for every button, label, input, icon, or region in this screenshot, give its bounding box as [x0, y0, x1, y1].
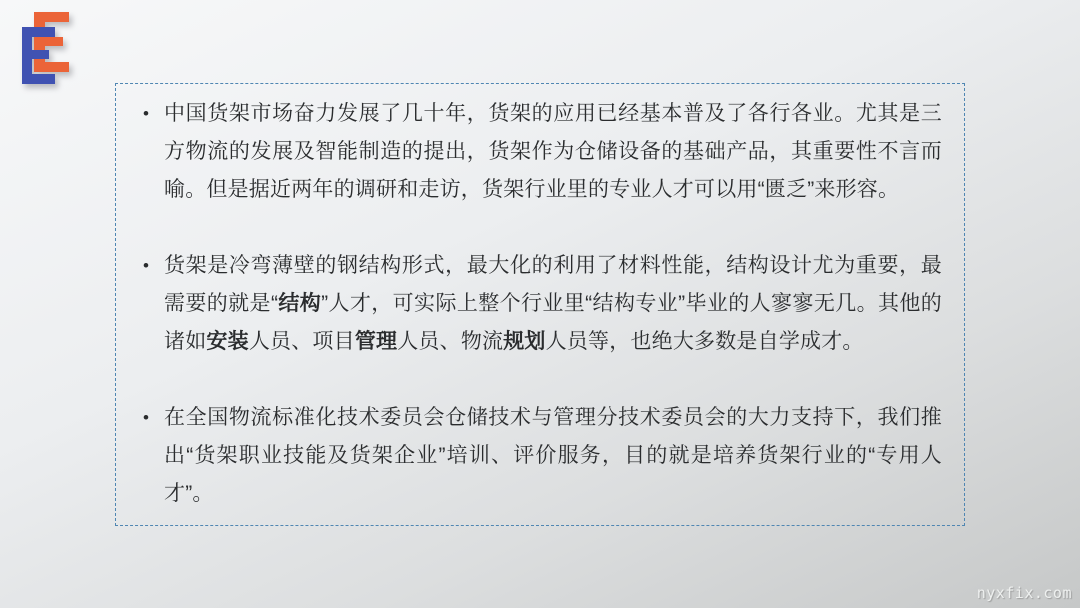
- logo-front-e-icon: [22, 27, 55, 84]
- bullet-list: •中国货架市场奋力发展了几十年，货架的应用已经基本普及了各行各业。尤其是三方物流…: [128, 95, 942, 513]
- bullet-marker: •: [128, 95, 164, 209]
- text-run: 在全国物流标准化技术委员会仓储技术与管理分技术委员会的大力支持下，我们推出“货架…: [164, 406, 942, 505]
- watermark: nyxfix.com: [977, 584, 1072, 602]
- bullet-marker: •: [128, 399, 164, 513]
- bullet-item: •在全国物流标准化技术委员会仓储技术与管理分技术委员会的大力支持下，我们推出“货…: [128, 399, 942, 513]
- text-run: 结构: [278, 292, 321, 315]
- text-run: 安装: [206, 330, 248, 353]
- content-box: •中国货架市场奋力发展了几十年，货架的应用已经基本普及了各行各业。尤其是三方物流…: [115, 83, 965, 526]
- text-run: 规划: [503, 330, 545, 353]
- text-run: 中国货架市场奋力发展了几十年，货架的应用已经基本普及了各行各业。尤其是三方物流的…: [164, 102, 942, 201]
- text-run: 管理: [355, 330, 397, 353]
- text-run: 人员、项目: [249, 330, 355, 353]
- text-run: 人员等，也绝大多数是自学成才。: [546, 330, 864, 353]
- bullet-text: 货架是冷弯薄壁的钢结构形式，最大化的利用了材料性能，结构设计尤为重要，最需要的就…: [164, 247, 942, 361]
- bullet-item: •中国货架市场奋力发展了几十年，货架的应用已经基本普及了各行各业。尤其是三方物流…: [128, 95, 942, 209]
- bullet-text: 在全国物流标准化技术委员会仓储技术与管理分技术委员会的大力支持下，我们推出“货架…: [164, 399, 942, 513]
- bullet-marker: •: [128, 247, 164, 361]
- company-logo: [22, 12, 72, 92]
- bullet-item: •货架是冷弯薄壁的钢结构形式，最大化的利用了材料性能，结构设计尤为重要，最需要的…: [128, 247, 942, 361]
- text-run: 人员、物流: [397, 330, 503, 353]
- bullet-text: 中国货架市场奋力发展了几十年，货架的应用已经基本普及了各行各业。尤其是三方物流的…: [164, 95, 942, 209]
